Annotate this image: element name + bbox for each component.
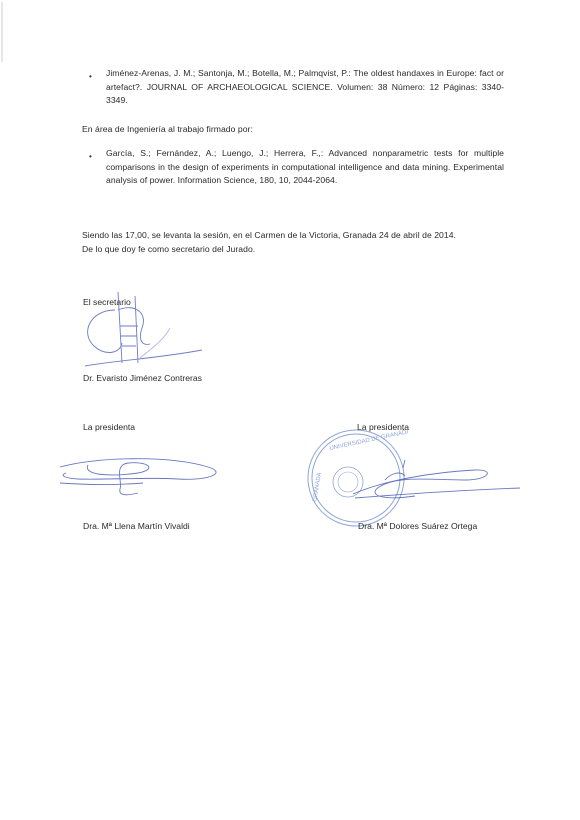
stamp-side-text: GRANADA [312, 472, 323, 502]
president-right-role: La presidenta [357, 421, 409, 433]
bullet-icon: • [89, 72, 92, 81]
president-left-role: La presidenta [83, 421, 135, 433]
president-right-signature [345, 450, 525, 510]
secretary-name: Dr. Evaristo Jiménez Contreras [83, 372, 202, 384]
scan-edge [1, 2, 3, 62]
reference-item: Jiménez-Arenas, J. M.; Santonja, M.; Bot… [106, 67, 504, 108]
bullet-icon: • [89, 152, 92, 161]
secretary-signature [80, 288, 210, 378]
reference-item: García, S.; Fernández, A.; Luengo, J.; H… [106, 147, 504, 188]
president-left-name: Dra. Mª Llena Martín Vivaldi [83, 520, 190, 532]
president-left-signature [58, 455, 228, 505]
president-right-name: Dra. Mª Dolores Suárez Ortega [358, 520, 477, 532]
closing-line-2: De lo que doy fe como secretario del Jur… [82, 243, 502, 257]
section-heading: En área de Ingeniería al trabajo firmado… [82, 123, 502, 137]
closing-line-1: Siendo las 17,00, se levanta la sesión, … [82, 229, 522, 243]
